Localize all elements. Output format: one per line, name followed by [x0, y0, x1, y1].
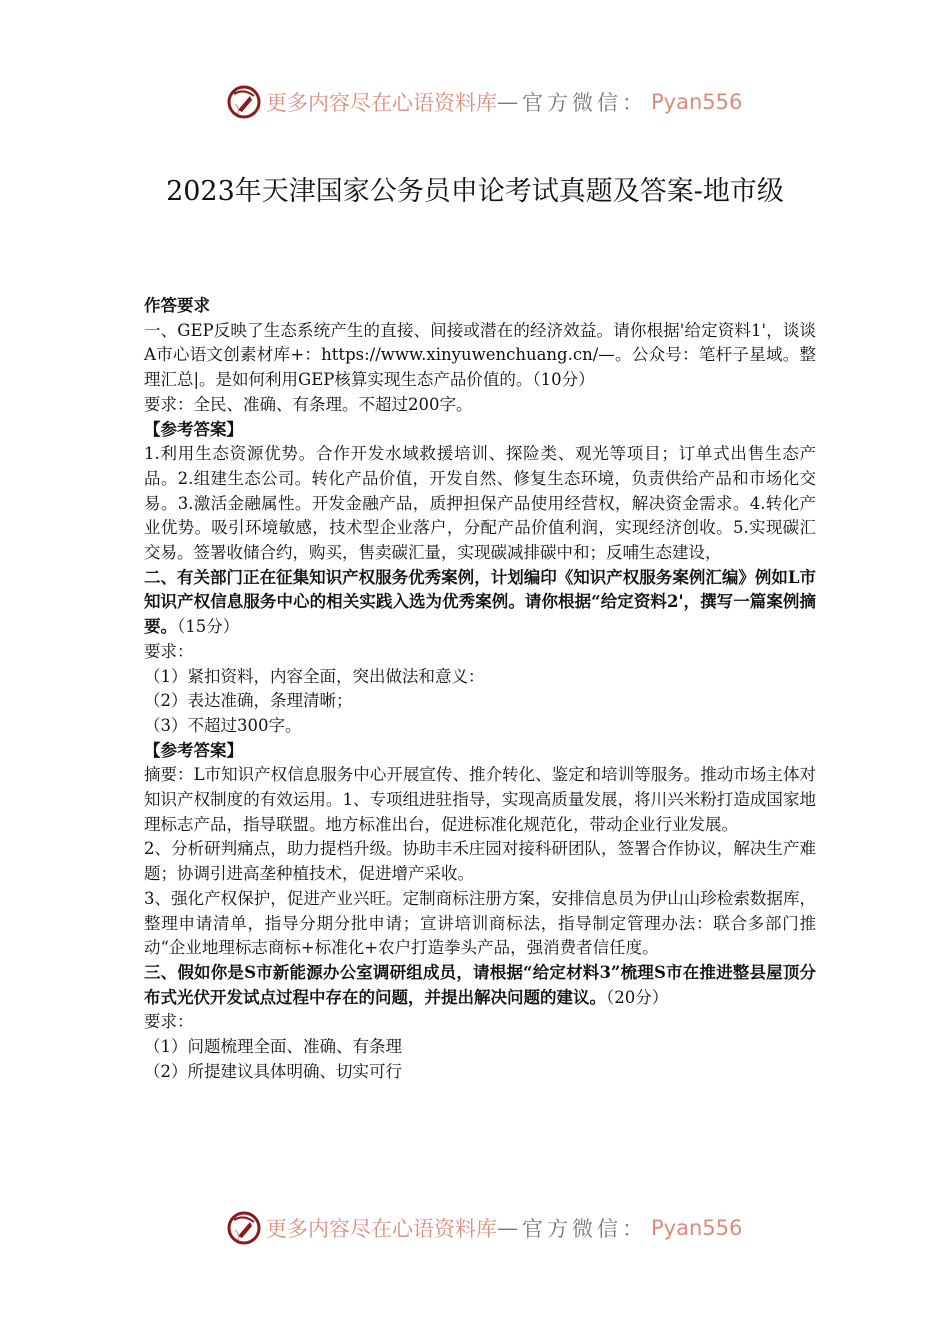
banner-wechat-label: 官方微信：: [522, 87, 647, 117]
banner-wechat-label: 官方微信：: [522, 1213, 647, 1243]
header-watermark-banner: 更多内容尽在心语资料库 — 官方微信： Pyan556: [226, 82, 742, 122]
answer-2-paragraph: 摘要：L市知识产权信息服务中心开展宣传、推介转化、鉴定和培训等服务。推动市场主体…: [144, 763, 816, 837]
answer-2-paragraph: 3、强化产权保护，促进产业兴旺。定制商标注册方案，安排信息员为伊山山珍检索数据库…: [144, 887, 816, 961]
document-title: 2023年天津国家公务员申论考试真题及答案-地市级: [140, 168, 810, 216]
answer-heading-1: 【参考答案】: [144, 418, 816, 443]
answer-heading-2: 【参考答案】: [144, 739, 816, 764]
question-3-score: （20分）: [606, 988, 668, 1007]
question-3-req-label: 要求：: [144, 1010, 816, 1035]
banner-main-text: 更多内容尽在心语资料库: [266, 1213, 497, 1243]
question-1-requirements: 要求：全民、准确、有条理。不超过200字。: [144, 393, 816, 418]
question-1: 一、GEP反映了生态系统产生的直接、间接或潜在的经济效益。请你根据'给定资料1'…: [144, 319, 816, 393]
question-3-req-item: （1）问题梳理全面、准确、有条理: [144, 1035, 816, 1060]
banner-wechat-id: Pyan556: [651, 90, 742, 114]
banner-dash: —: [497, 90, 522, 114]
question-3: 三、假如你是S市新能源办公室调研组成员，请根据“给定材料3”梳理S市在推进整县屋…: [144, 961, 816, 1010]
answer-1: 1.利用生态资源优势。合作开发水域救援培训、探险类、观光等项目；订单式出售生态产…: [144, 442, 816, 566]
requirements-heading: 作答要求: [144, 294, 816, 319]
banner-main-text: 更多内容尽在心语资料库: [266, 87, 497, 117]
question-2-text: 二、有关部门正在征集知识产权服务优秀案例，计划编印《知识产权服务案例汇编》例如L…: [144, 568, 816, 636]
question-2-score: （15分）: [177, 617, 239, 636]
question-2-req-item: （3）不超过300字。: [144, 714, 816, 739]
banner-dash: —: [497, 1216, 522, 1240]
question-3-req-item: （2）所提建议具体明确、切实可行: [144, 1060, 816, 1085]
quill-pen-logo-icon: [226, 84, 262, 120]
footer-watermark-banner: 更多内容尽在心语资料库 — 官方微信： Pyan556: [226, 1208, 742, 1248]
question-2-req-item: （1）紧扣资料，内容全面，突出做法和意义：: [144, 665, 816, 690]
document-body: 作答要求 一、GEP反映了生态系统产生的直接、间接或潜在的经济效益。请你根据'给…: [144, 294, 816, 1085]
question-2-req-item: （2）表达准确，条理清晰；: [144, 689, 816, 714]
answer-2-paragraph: 2、分析研判痛点，助力提档升级。协助丰禾庄园对接科研团队，签署合作协议，解决生产…: [144, 837, 816, 886]
banner-wechat-id: Pyan556: [651, 1216, 742, 1240]
question-3-text: 三、假如你是S市新能源办公室调研组成员，请根据“给定材料3”梳理S市在推进整县屋…: [144, 963, 816, 1007]
quill-pen-logo-icon: [226, 1210, 262, 1246]
question-2-req-label: 要求：: [144, 640, 816, 665]
question-2: 二、有关部门正在征集知识产权服务优秀案例，计划编印《知识产权服务案例汇编》例如L…: [144, 566, 816, 640]
